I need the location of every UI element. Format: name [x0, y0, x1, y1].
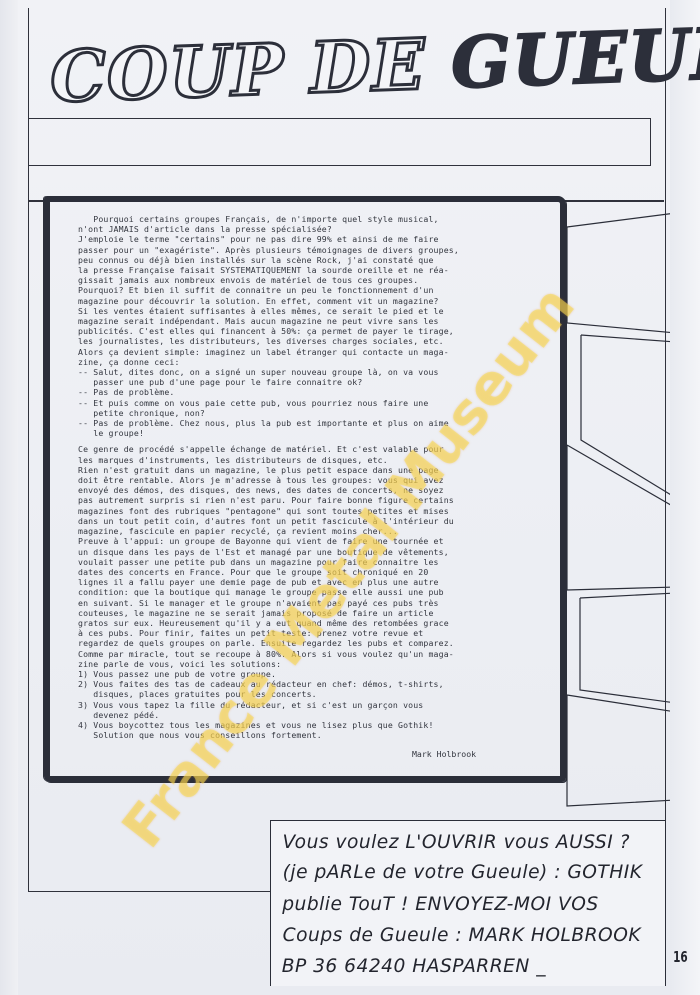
article-line: Comme par miracle, tout se recoupe à 80%…	[78, 649, 548, 659]
article-line: 4) Vous boycottez tous les magazines et …	[78, 720, 548, 730]
article-line: devenez pédé.	[78, 710, 548, 720]
handwritten-line: publie TouT ! ENVOYEZ-MOI VOS	[282, 893, 598, 915]
article-line: -- Pas de problème.	[78, 387, 548, 397]
article-line: la presse Française faisait SYSTEMATIQUE…	[78, 265, 548, 275]
scan-margin-left	[0, 0, 18, 995]
article-line: n'ont JAMAIS d'article dans la presse sp…	[78, 224, 548, 234]
article-line: zine parle de vous, voici les solutions:	[78, 659, 548, 669]
article-line: Alors ça devient simple: imaginez un lab…	[78, 347, 548, 357]
article-line: Pourquoi? Et bien il suffit de connaitre…	[78, 285, 548, 295]
article-line: -- Pas de problème. Chez nous, plus la p…	[78, 418, 548, 428]
article-line: -- Salut, dites donc, on a signé un supe…	[78, 367, 548, 377]
article-line: condition: que la boutique qui manage le…	[78, 587, 548, 597]
article-line: peu connus ou déjà bien installés sur la…	[78, 255, 548, 265]
article-body: Pourquoi certains groupes Français, de n…	[78, 214, 548, 740]
article-line: un disque dans les pays de l'Est et mana…	[78, 547, 548, 557]
article-line: dans un tout petit coin, d'autres font u…	[78, 516, 548, 526]
article-line: lignes il a fallu payer une demie page d…	[78, 577, 548, 587]
article-line: les journalistes, les distributeurs, les…	[78, 336, 548, 346]
handwritten-line: (je pARLe de votre Gueule) : GOTHIK	[283, 861, 643, 883]
article-line: gratos sur eux. Heureusement qu'il y a e…	[78, 618, 548, 628]
article-line: à ces pubs. Pour finir, faites un petit …	[78, 628, 548, 638]
article-line: Rien n'est gratuit dans un magazine, le …	[78, 465, 548, 475]
article-line: Solution que nous vous conseillons forte…	[78, 730, 548, 740]
article-line: passer pour un "exagériste". Après plusi…	[78, 245, 548, 255]
page-number: 16	[673, 948, 688, 966]
handwritten-line: Vous voulez L'OUVRIR vous AUSSI ?	[283, 831, 630, 853]
article-line: Preuve à l'appui: un groupe de Bayonne q…	[78, 536, 548, 546]
article-line: magazines font des rubriques "pentagone"…	[78, 506, 548, 516]
article-line: magazine pour découvrir la solution. En …	[78, 296, 548, 306]
page-title: COUP DE GUEULE!	[49, 8, 700, 118]
article-line: en suivant. Si le manager et le groupe n…	[78, 598, 548, 608]
handwritten-line: Coups de Gueule : MARK HOLBROOK	[283, 924, 641, 946]
title-block: COUP DE GUEULE!	[40, 12, 640, 132]
article-line: J'emploie le terme "certains" pour ne pa…	[78, 234, 548, 244]
article-line: -- Et puis comme on vous paie cette pub,…	[78, 398, 548, 408]
handwritten-note-box: Vous voulez L'OUVRIR vous AUSSI ? (je pA…	[270, 820, 666, 986]
article-line: 3) Vous vous tapez la fille du rédacteur…	[78, 700, 548, 710]
article-line: 1) Vous passez une pub de votre groupe.	[78, 669, 548, 679]
article-line: doit être rentable. Alors je m'adresse à…	[78, 475, 548, 485]
article-line: publicités. C'est elles qui financent à …	[78, 326, 548, 336]
article-line: 2) Vous faites des tas de cadeaux au réd…	[78, 679, 548, 689]
article-line: Ce genre de procédé s'appelle échange de…	[78, 444, 548, 454]
title-part-coup-de: COUP DE	[49, 22, 453, 119]
article-signature: Mark Holbrook	[412, 749, 476, 759]
article-line: couteuses, le magazine ne se serait jama…	[78, 608, 548, 618]
article-line: gissait jamais aux nombreux envois de ma…	[78, 275, 548, 285]
article-line: Si les ventes étaient suffisantes à elle…	[78, 306, 548, 316]
article-line: passer une pub d'une page pour le faire …	[78, 377, 548, 387]
article-line: dates des concerts en France. Pour que l…	[78, 567, 548, 577]
article-line: petite chronique, non?	[78, 408, 548, 418]
article-line: envoyé des démos, des disques, des news,…	[78, 485, 548, 495]
article-line: pas autrement surpris si rien n'est paru…	[78, 495, 548, 505]
article-line: Pourquoi certains groupes Français, de n…	[78, 214, 548, 224]
article-line: voulait passer une petite pub dans un ma…	[78, 557, 548, 567]
comic-panels-decoration	[550, 200, 670, 820]
scan-margin-right	[670, 0, 700, 995]
article-line: le groupe!	[78, 428, 548, 438]
zine-page: COUP DE GUEULE! Pourquoi certains groupe…	[0, 0, 700, 995]
article-line: regardez de quels groupes on parle. Ensu…	[78, 638, 548, 648]
handwritten-line: BP 36 64240 HASPARREN _	[282, 955, 546, 977]
panel-borders-icon	[550, 200, 670, 820]
article-line: disques, places gratuites pour les conce…	[78, 689, 548, 699]
title-part-gueule: GUEULE	[450, 10, 700, 105]
article-line: les marques d'instruments, les distribut…	[78, 455, 548, 465]
article-line: zine, ça donne ceci:	[78, 357, 548, 367]
article-line: magazine serait indépendant. Mais aucun …	[78, 316, 548, 326]
article-line: magazine, fascicule en papier recyclé, ç…	[78, 526, 548, 536]
